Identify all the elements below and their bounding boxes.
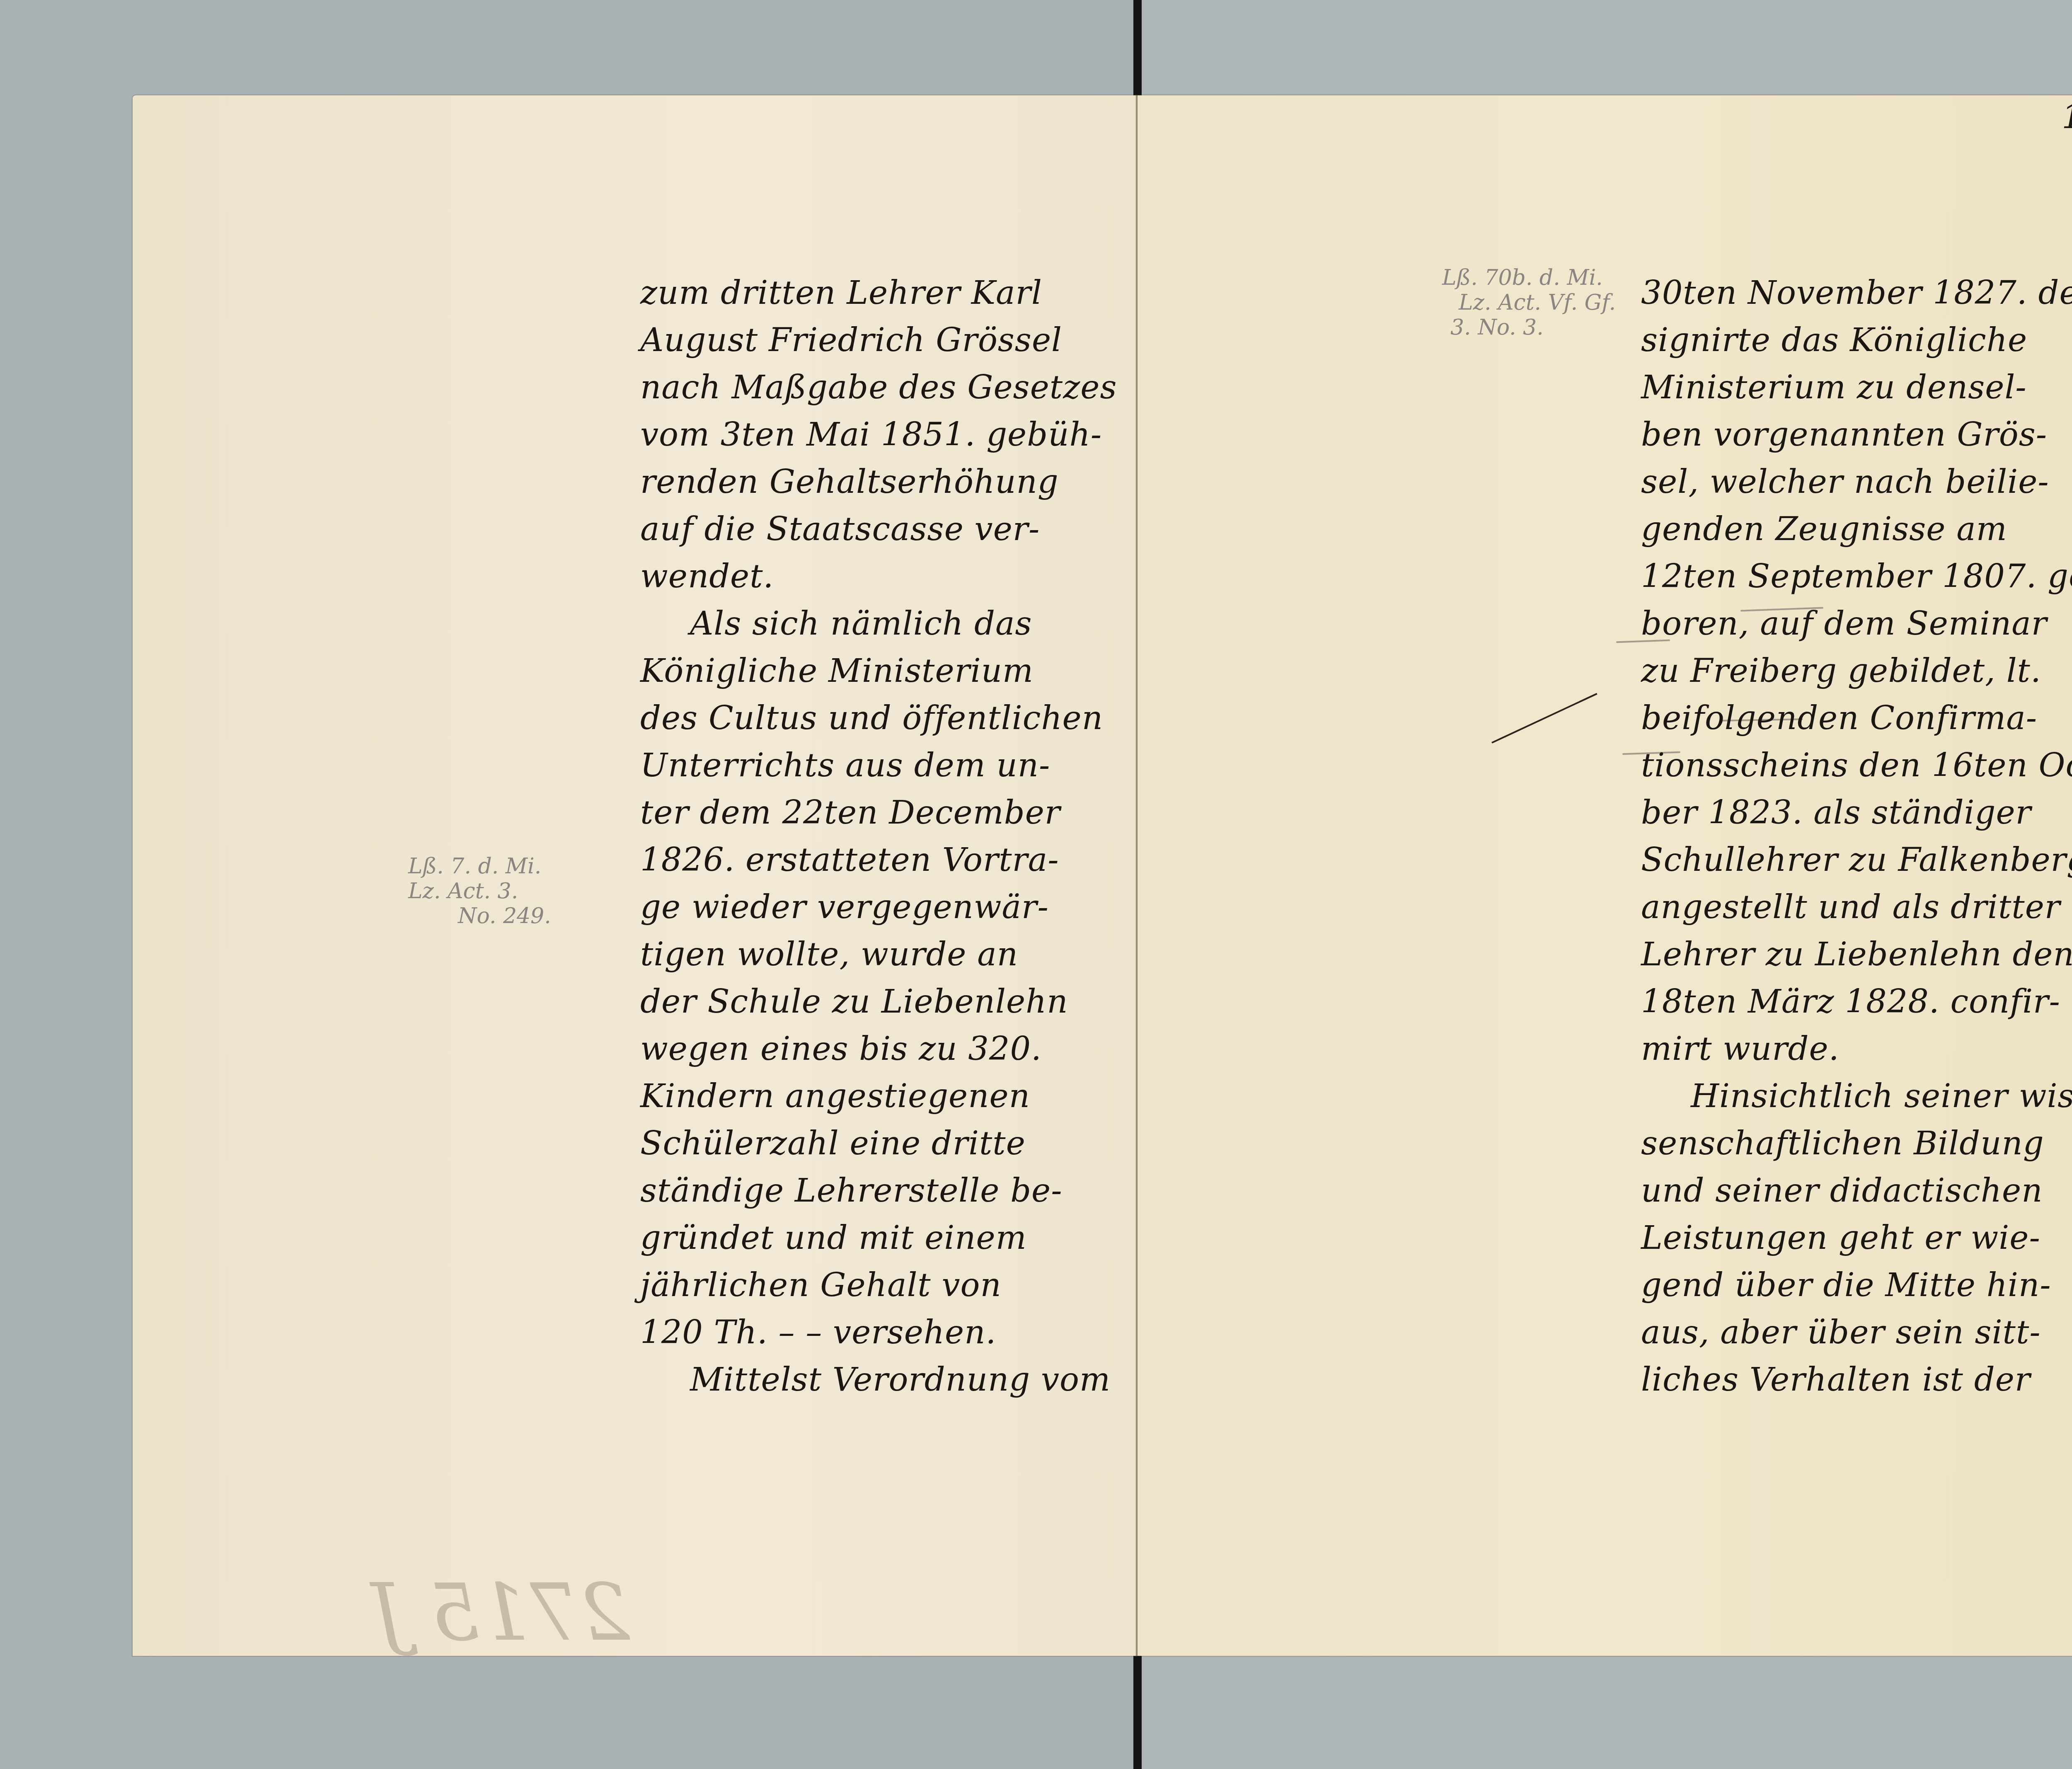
- text-line: Ministerium zu densel-: [1641, 364, 2072, 411]
- text-line: 1826. erstatteten Vortra-: [640, 836, 1138, 884]
- annotation-line: No. 249.: [408, 904, 582, 928]
- right-page-text: 30ten November 1827. dec- signirte das K…: [1641, 269, 2072, 1403]
- text-line: auf die Staatscasse ver-: [640, 506, 1138, 553]
- back-stamp-bleed-through: 2715 J: [373, 1567, 630, 1658]
- text-line: zu Freiberg gebildet, lt.: [1641, 647, 2072, 695]
- text-line: renden Gehaltserhöhung: [640, 458, 1138, 506]
- text-line: vom 3ten Mai 1851. gebüh-: [640, 411, 1138, 458]
- text-line: Kindern angestiegenen: [640, 1073, 1138, 1120]
- text-line: gründet und mit einem: [640, 1214, 1138, 1262]
- text-line: ben vorgenannten Grös-: [1641, 411, 2072, 458]
- annotation-line: Lß. 70b. d. Mi.: [1442, 265, 1616, 290]
- text-line: ständige Lehrerstelle be-: [640, 1167, 1138, 1214]
- text-line: Als sich nämlich das: [640, 600, 1138, 647]
- text-line: der Schule zu Liebenlehn: [640, 978, 1138, 1025]
- text-line: tigen wollte, wurde an: [640, 931, 1138, 978]
- text-line: und seiner didactischen: [1641, 1167, 2072, 1214]
- left-page-text: zum dritten Lehrer Karl August Friedrich…: [640, 269, 1138, 1403]
- annotation-line: Lz. Act. 3.: [408, 879, 582, 904]
- text-line: Leistungen geht er wie-: [1641, 1214, 2072, 1262]
- text-line: mirt wurde.: [1641, 1025, 2072, 1073]
- text-line: wegen eines bis zu 320.: [640, 1025, 1138, 1073]
- text-line: ber 1823. als ständiger: [1641, 789, 2072, 836]
- annotation-line: 3. No. 3.: [1442, 315, 1616, 340]
- text-line: jährlichen Gehalt von: [640, 1262, 1138, 1309]
- text-line: des Cultus und öffentlichen: [640, 695, 1138, 742]
- text-line: August Friedrich Grössel: [640, 317, 1138, 364]
- text-line: signirte das Königliche: [1641, 317, 2072, 364]
- text-line: aus, aber über sein sitt-: [1641, 1309, 2072, 1356]
- text-line: 30ten November 1827. dec-: [1641, 269, 2072, 317]
- text-line: Hinsichtlich seiner wis-: [1641, 1073, 2072, 1120]
- text-line: ter dem 22ten December: [640, 789, 1138, 836]
- text-line: angestellt und als dritter: [1641, 884, 2072, 931]
- left-margin-annotation: Lß. 7. d. Mi. Lz. Act. 3. No. 249.: [408, 854, 582, 928]
- folio-number: 15.: [2062, 97, 2072, 136]
- right-margin-annotation: Lß. 70b. d. Mi. Lz. Act. Vf. Gf. 3. No. …: [1442, 265, 1616, 340]
- text-line: beifolgenden Confirma-: [1641, 695, 2072, 742]
- text-line: ge wieder vergegenwär-: [640, 884, 1138, 931]
- text-line: nach Maßgabe des Gesetzes: [640, 364, 1138, 411]
- text-line: Mittelst Verordnung vom: [640, 1356, 1138, 1403]
- text-line: boren, auf dem Seminar: [1641, 600, 2072, 647]
- text-line: senschaftlichen Bildung: [1641, 1120, 2072, 1167]
- text-line: wendet.: [640, 553, 1138, 600]
- text-line: 18ten März 1828. confir-: [1641, 978, 2072, 1025]
- text-line: sel, welcher nach beilie-: [1641, 458, 2072, 506]
- text-line: liches Verhalten ist der: [1641, 1356, 2072, 1403]
- text-line: Schullehrer zu Falkenberg: [1641, 836, 2072, 884]
- text-line: tionsscheins den 16ten Octo-: [1641, 742, 2072, 789]
- text-line: gend über die Mitte hin-: [1641, 1262, 2072, 1309]
- text-line: Unterrichts aus dem un-: [640, 742, 1138, 789]
- text-line: Königliche Ministerium: [640, 647, 1138, 695]
- text-line: 120 Th. – – versehen.: [640, 1309, 1138, 1356]
- text-line: Schülerzahl eine dritte: [640, 1120, 1138, 1167]
- text-line: 12ten September 1807. ge-: [1641, 553, 2072, 600]
- annotation-line: Lß. 7. d. Mi.: [408, 854, 582, 879]
- text-line: Lehrer zu Liebenlehn den: [1641, 931, 2072, 978]
- text-line: genden Zeugnisse am: [1641, 506, 2072, 553]
- annotation-line: Lz. Act. Vf. Gf.: [1442, 290, 1616, 315]
- text-line: zum dritten Lehrer Karl: [640, 269, 1138, 317]
